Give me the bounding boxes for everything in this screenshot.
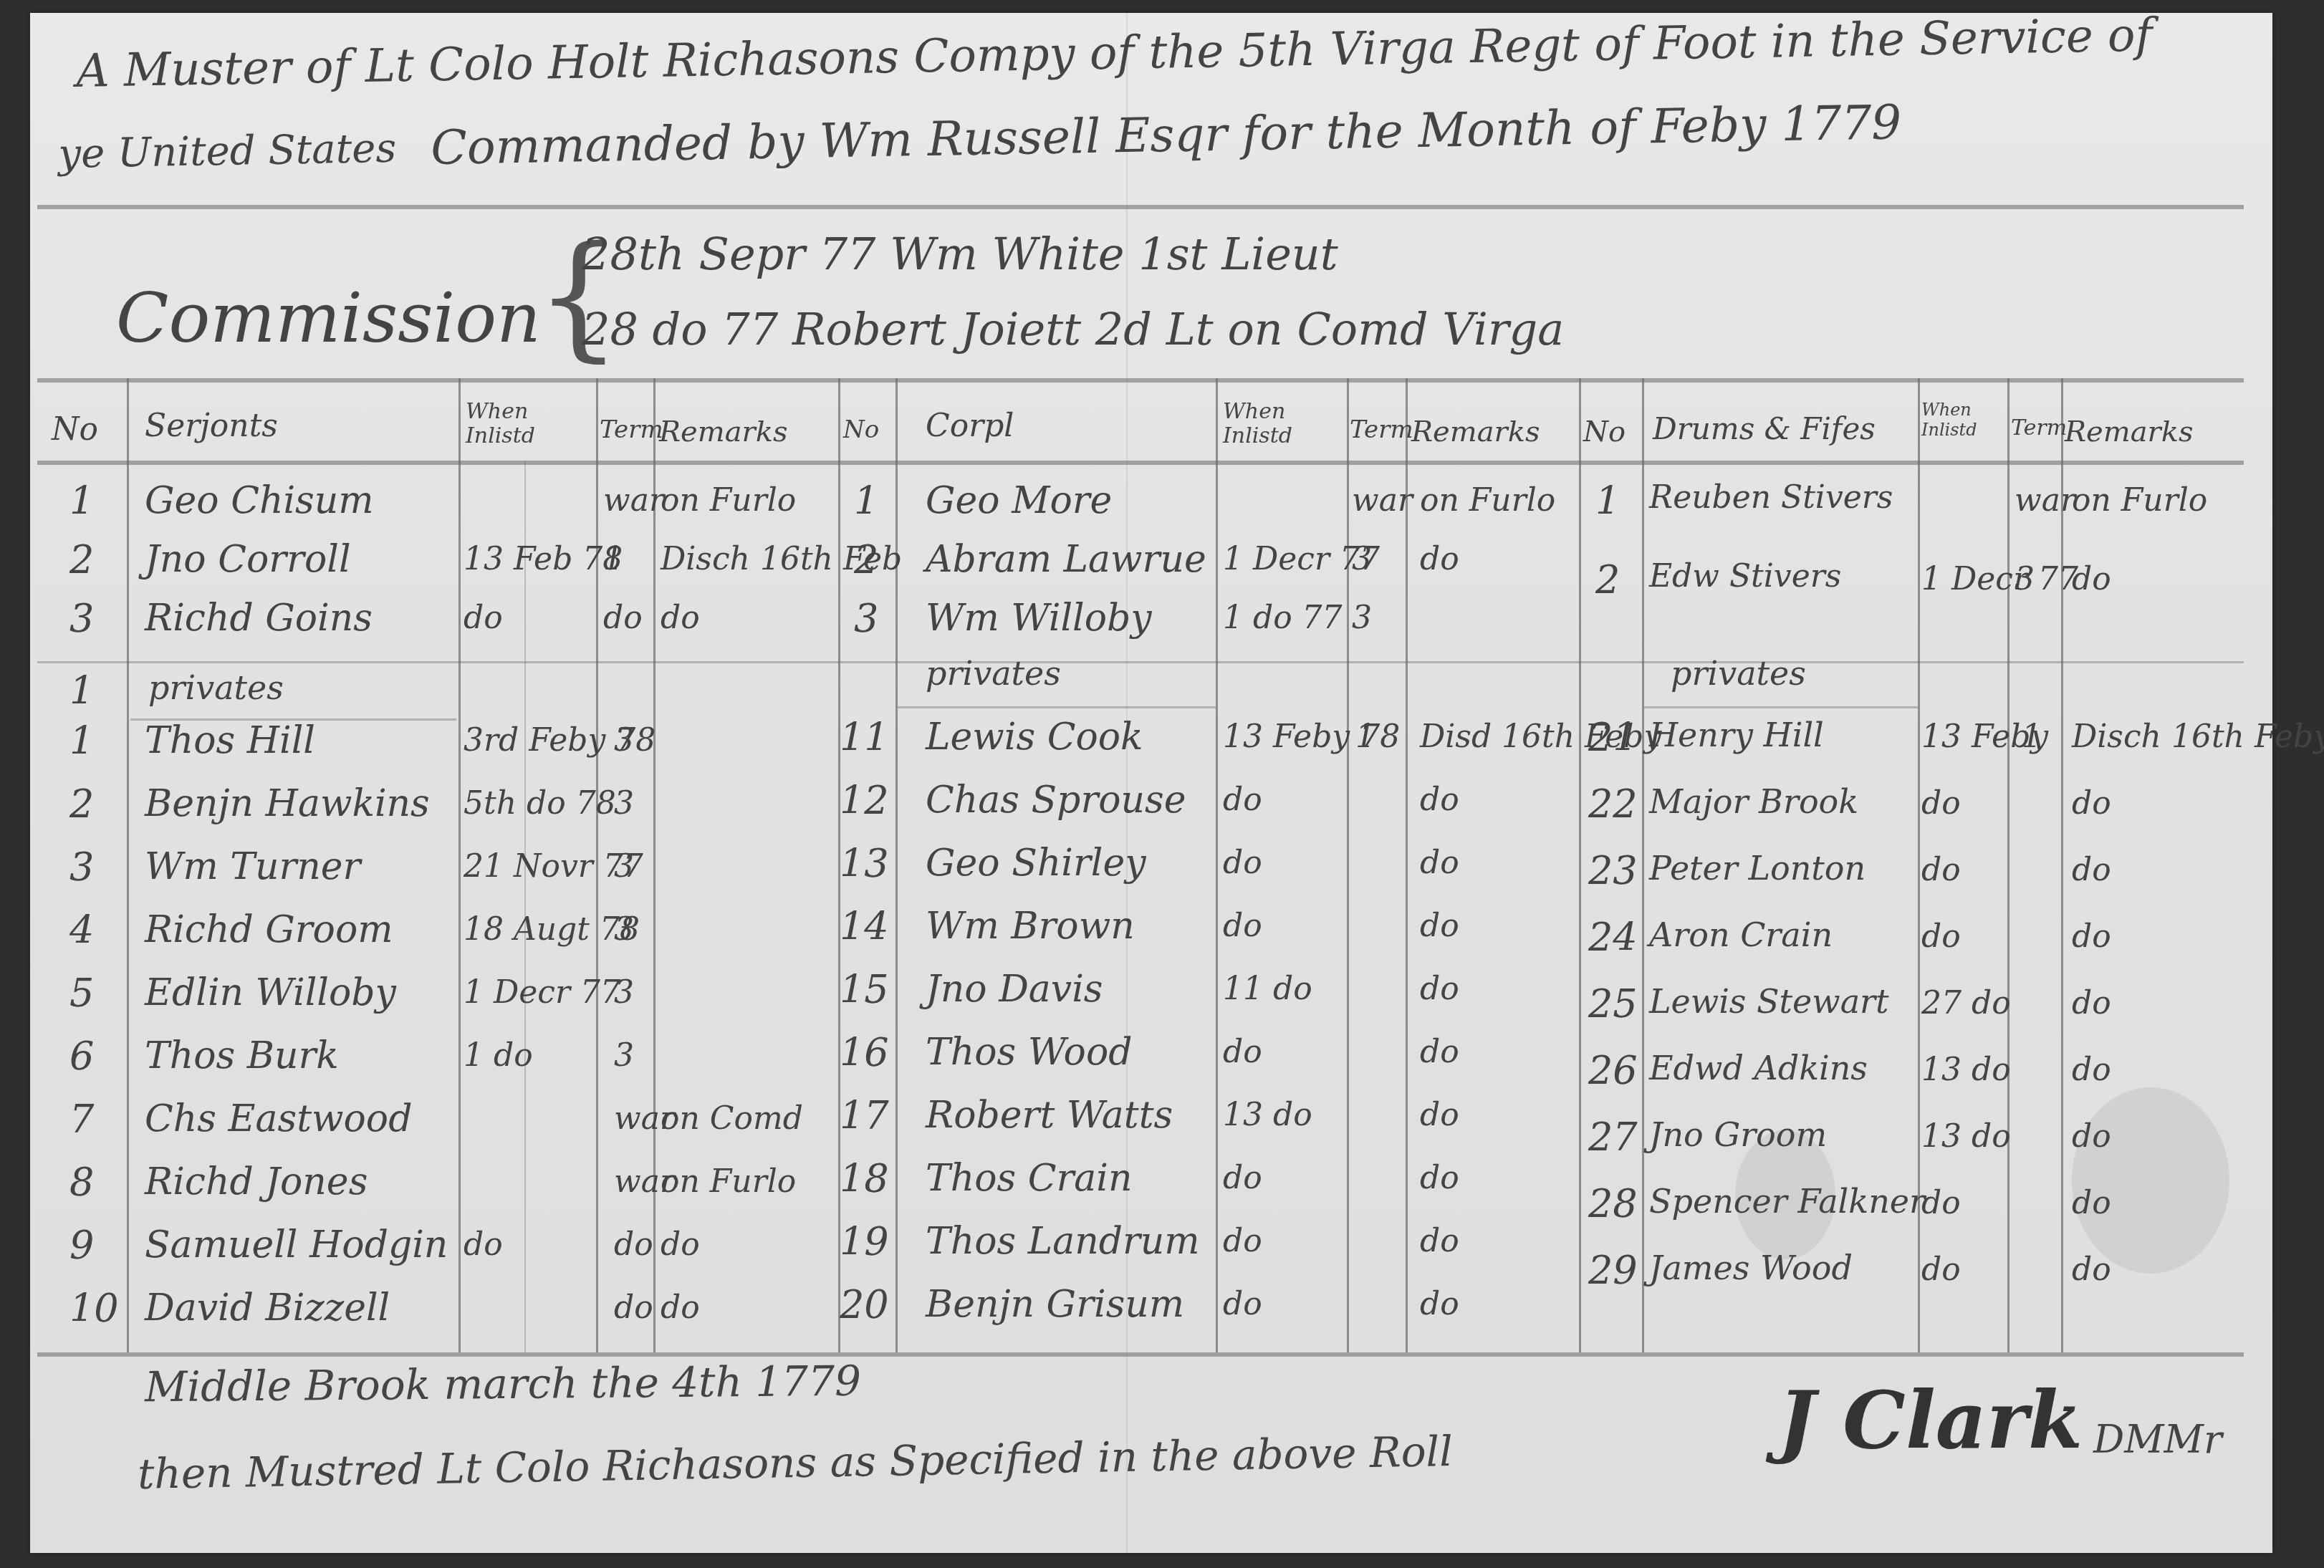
commission-entry-2: 28 do 77 Robert Joiett 2d Lt on Comd Vir… bbox=[582, 303, 1564, 355]
remarks: do bbox=[1420, 847, 1459, 879]
col-rule bbox=[1579, 378, 1581, 1352]
soldier-name: Chs Eastwood bbox=[145, 1100, 412, 1137]
term-of-service: 1 bbox=[1355, 721, 1375, 753]
term-of-service: do bbox=[603, 602, 643, 634]
remarks: do bbox=[1420, 1163, 1459, 1194]
row-number: 11 bbox=[840, 718, 889, 757]
soldier-name: Thos Wood bbox=[926, 1034, 1133, 1071]
row-number: 1 bbox=[1595, 482, 1620, 521]
remarks: on Furlo bbox=[1420, 485, 1555, 516]
soldier-name: Major Brook bbox=[1649, 785, 1858, 818]
enlisted-date: 13 Feb 78 bbox=[464, 544, 623, 575]
commission-label: Commission bbox=[116, 278, 541, 358]
enlisted-date: 1 do 77 bbox=[1223, 602, 1343, 634]
col-rule bbox=[653, 378, 656, 1352]
enlisted-date: 5th do 78 bbox=[464, 788, 616, 819]
row-number: 7 bbox=[69, 1100, 94, 1139]
header-corporals: Corpl bbox=[926, 410, 1014, 442]
enlisted-date: do bbox=[464, 602, 503, 634]
soldier-name: Wm Turner bbox=[145, 848, 360, 885]
enlisted-date: 27 do bbox=[1921, 988, 2011, 1019]
underline bbox=[1642, 706, 1918, 708]
header-rule bbox=[37, 461, 2244, 465]
soldier-name: Richd Goins bbox=[145, 600, 373, 637]
term-of-service: 1 bbox=[2022, 721, 2042, 753]
header-term: Term bbox=[600, 418, 663, 442]
term-of-service: 3 bbox=[2015, 564, 2035, 595]
col-rule bbox=[2007, 378, 2010, 1352]
soldier-name: Richd Jones bbox=[145, 1163, 368, 1201]
enlisted-date: do bbox=[1223, 784, 1262, 816]
remarks: do bbox=[2072, 1054, 2111, 1086]
row-number: 12 bbox=[840, 781, 889, 820]
col-rule bbox=[458, 378, 461, 1352]
row-number: 3 bbox=[69, 600, 94, 638]
row-number: 14 bbox=[840, 908, 889, 946]
row-number: 6 bbox=[69, 1037, 94, 1076]
remarks: on Comd bbox=[661, 1103, 803, 1135]
document-title-line-1: A Muster of Lt Colo Holt Richasons Compy… bbox=[76, 9, 2153, 98]
enlisted-date: do bbox=[464, 1229, 503, 1261]
soldier-name: Jno Corroll bbox=[145, 541, 351, 578]
soldier-name: Reuben Stivers bbox=[1649, 482, 1893, 514]
enlisted-date: do bbox=[1921, 855, 1961, 886]
rule bbox=[37, 1352, 2244, 1357]
row-number: 25 bbox=[1588, 985, 1638, 1024]
remarks: Disch 16th Feby bbox=[2072, 721, 2324, 753]
enlisted-date: do bbox=[1223, 1289, 1262, 1320]
header-drums-fifes: Drums & Fifes bbox=[1653, 414, 1876, 444]
soldier-name: Lewis Cook bbox=[926, 718, 1143, 756]
soldier-name: Chas Sprouse bbox=[926, 781, 1186, 819]
remarks: do bbox=[2072, 788, 2111, 819]
remarks: do bbox=[2072, 921, 2111, 953]
row-number: 3 bbox=[69, 848, 94, 887]
header-no: No bbox=[52, 414, 98, 446]
header-when-inlisted: When Inlistd bbox=[1223, 400, 1345, 448]
remarks: do bbox=[2072, 1188, 2111, 1219]
row-number: 13 bbox=[840, 845, 889, 883]
col-rule bbox=[1216, 378, 1218, 1352]
soldier-name: Thos Hill bbox=[145, 722, 315, 759]
term-of-service: 3 bbox=[614, 788, 634, 819]
signature-title: DMMr bbox=[2093, 1417, 2222, 1462]
remarks: do bbox=[1420, 784, 1459, 816]
remarks: do bbox=[1420, 910, 1459, 942]
remarks: do bbox=[661, 1229, 700, 1261]
enlisted-date: do bbox=[1921, 921, 1961, 953]
soldier-name: Edw Stivers bbox=[1649, 561, 1841, 592]
remarks: on Furlo bbox=[2072, 485, 2207, 516]
soldier-name: Jno Davis bbox=[926, 971, 1103, 1008]
enlisted-date: do bbox=[1223, 1036, 1262, 1068]
soldier-name: Thos Burk bbox=[145, 1037, 339, 1074]
enlisted-date: do bbox=[1223, 910, 1262, 942]
soldier-name: Benjn Hawkins bbox=[145, 785, 430, 822]
soldier-name: Wm Brown bbox=[926, 908, 1135, 945]
row-number: 9 bbox=[69, 1226, 94, 1265]
row-number: 1 bbox=[69, 722, 94, 761]
row-number: 24 bbox=[1588, 918, 1638, 957]
remarks: do bbox=[1420, 1289, 1459, 1320]
enlisted-date: 1 Decr 77 bbox=[1921, 564, 2078, 595]
muster-attestation: then Mustred Lt Colo Richasons as Specif… bbox=[138, 1427, 1454, 1499]
term-of-service: 3 bbox=[614, 725, 634, 756]
soldier-name: Edwd Adkins bbox=[1649, 1052, 1868, 1084]
section-rule bbox=[37, 661, 2244, 663]
enlisted-date: 13 do bbox=[1921, 1121, 2011, 1153]
soldier-name: Spencer Falkner bbox=[1649, 1185, 1925, 1218]
row-number: 1 bbox=[69, 482, 94, 521]
remarks: do bbox=[2072, 855, 2111, 886]
rule bbox=[37, 378, 2244, 383]
term-of-service: 3 bbox=[614, 1040, 634, 1072]
col-rule bbox=[895, 378, 898, 1352]
row-number: 2 bbox=[1595, 561, 1620, 600]
soldier-name: Geo Chisum bbox=[145, 482, 374, 519]
col-rule bbox=[1347, 378, 1349, 1352]
col-rule bbox=[127, 378, 129, 1352]
privates-label: privates bbox=[1671, 654, 1806, 693]
soldier-name: Henry Hill bbox=[1649, 718, 1824, 751]
header-term: Term bbox=[1350, 418, 1413, 442]
row-number: 18 bbox=[840, 1160, 889, 1198]
term-of-service: war bbox=[2015, 485, 2075, 516]
header-no: No bbox=[843, 418, 879, 442]
remarks: do bbox=[2072, 1121, 2111, 1153]
remarks: on Furlo bbox=[661, 485, 796, 516]
row-number: 29 bbox=[1588, 1251, 1638, 1290]
remarks: do bbox=[1420, 1100, 1459, 1131]
row-number: 19 bbox=[840, 1223, 889, 1261]
col-rule bbox=[1406, 378, 1408, 1352]
enlisted-date: do bbox=[1223, 1226, 1262, 1257]
enlisted-date: 13 do bbox=[1921, 1054, 2011, 1086]
soldier-name: Lewis Stewart bbox=[1649, 985, 1889, 1018]
enlisted-date: 13 do bbox=[1223, 1100, 1312, 1131]
soldier-name: Geo Shirley bbox=[926, 845, 1146, 882]
header-term: Term bbox=[2011, 418, 2067, 439]
soldier-name: James Wood bbox=[1649, 1251, 1853, 1284]
remarks: do bbox=[661, 1292, 700, 1324]
remarks: do bbox=[1420, 544, 1459, 575]
header-no: No bbox=[1583, 418, 1626, 446]
row-number: 22 bbox=[1588, 785, 1638, 824]
remarks: do bbox=[1420, 973, 1459, 1005]
underline bbox=[897, 706, 1216, 708]
remarks: do bbox=[661, 602, 700, 634]
row-number: 10 bbox=[69, 1289, 119, 1328]
document-title-line-2b: Commanded by Wm Russell Esqr for the Mon… bbox=[431, 95, 1902, 175]
header-when-inlisted: When Inlistd bbox=[466, 400, 595, 448]
soldier-name: Wm Willoby bbox=[926, 600, 1152, 637]
remarks: do bbox=[2072, 564, 2111, 595]
row-number: 3 bbox=[854, 600, 878, 638]
row-number: 8 bbox=[69, 1163, 94, 1202]
term-of-service: 3 bbox=[614, 914, 634, 946]
term-of-service: 1 bbox=[603, 544, 623, 575]
privates-label: privates bbox=[148, 668, 284, 707]
term-of-service: 3 bbox=[614, 851, 634, 882]
muster-place-date: Middle Brook march the 4th 1779 bbox=[145, 1357, 861, 1412]
enlisted-date: do bbox=[1223, 1163, 1262, 1194]
row-number: 26 bbox=[1588, 1052, 1638, 1090]
soldier-name: Samuell Hodgin bbox=[145, 1226, 448, 1264]
header-remarks: Remarks bbox=[1411, 418, 1540, 446]
row-number: 15 bbox=[840, 971, 889, 1009]
header-remarks: Remarks bbox=[659, 418, 787, 446]
col-rule bbox=[1642, 378, 1644, 1352]
soldier-name: David Bizzell bbox=[145, 1289, 390, 1327]
soldier-name: Edlin Willoby bbox=[145, 974, 396, 1011]
remarks: do bbox=[2072, 988, 2111, 1019]
row-number: 23 bbox=[1588, 852, 1638, 890]
row-number: 21 bbox=[1588, 718, 1638, 757]
privates-label: privates bbox=[926, 654, 1061, 693]
soldier-name: Robert Watts bbox=[926, 1097, 1173, 1134]
row-number: 20 bbox=[840, 1286, 889, 1324]
soldier-name: Abram Lawrue bbox=[926, 541, 1206, 578]
document-title-line-2a: ye United States bbox=[58, 125, 397, 178]
row-number: 2 bbox=[854, 541, 878, 579]
term-of-service: do bbox=[614, 1292, 653, 1324]
soldier-name: Benjn Grisum bbox=[926, 1286, 1184, 1323]
commission-entry-1: 28th Sepr 77 Wm White 1st Lieut bbox=[582, 228, 1338, 280]
rule bbox=[37, 205, 2244, 209]
enlisted-date: do bbox=[1921, 1254, 1961, 1286]
term-of-service: 3 bbox=[1352, 602, 1372, 634]
col-rule bbox=[524, 461, 526, 1352]
row-number: 28 bbox=[1588, 1185, 1638, 1223]
header-sergeants: Serjonts bbox=[145, 410, 278, 442]
enlisted-date: do bbox=[1921, 1188, 1961, 1219]
enlisted-date: do bbox=[1921, 788, 1961, 819]
row-number: 17 bbox=[840, 1097, 889, 1135]
soldier-name: Aron Crain bbox=[1649, 918, 1833, 951]
term-of-service: 3 bbox=[1352, 544, 1372, 575]
row-number: 1 bbox=[854, 482, 878, 521]
enlisted-date: do bbox=[1223, 847, 1262, 879]
row-number: 2 bbox=[69, 541, 94, 579]
row-number: 5 bbox=[69, 974, 94, 1013]
soldier-name: Peter Lonton bbox=[1649, 852, 1866, 885]
soldier-name: Thos Landrum bbox=[926, 1223, 1200, 1260]
row-number: 2 bbox=[69, 785, 94, 824]
enlisted-date: 1 do bbox=[464, 1040, 533, 1072]
soldier-name: Thos Crain bbox=[926, 1160, 1132, 1197]
enlisted-date: 11 do bbox=[1223, 973, 1312, 1005]
water-stain bbox=[2072, 1087, 2229, 1274]
header-when-inlisted: When Inlistd bbox=[1921, 400, 2004, 440]
soldier-name: Richd Groom bbox=[145, 911, 393, 948]
soldier-name: Jno Groom bbox=[1649, 1118, 1827, 1151]
signature: J Clark bbox=[1778, 1374, 2083, 1466]
enlisted-date: 1 Decr 77 bbox=[464, 977, 620, 1009]
remarks: do bbox=[1420, 1226, 1459, 1257]
row-number: 16 bbox=[840, 1034, 889, 1072]
remarks: do bbox=[1420, 1036, 1459, 1068]
row-number: 27 bbox=[1588, 1118, 1638, 1157]
term-of-service: war bbox=[603, 485, 664, 516]
remarks: on Furlo bbox=[661, 1166, 796, 1198]
term-of-service: war bbox=[1352, 485, 1413, 516]
term-of-service: do bbox=[614, 1229, 653, 1261]
term-of-service: 3 bbox=[614, 977, 634, 1009]
header-remarks: Remarks bbox=[2065, 418, 2193, 446]
muster-roll-sheet: A Muster of Lt Colo Holt Richasons Compy… bbox=[30, 13, 2272, 1553]
col-rule bbox=[2061, 378, 2063, 1352]
remarks: do bbox=[2072, 1254, 2111, 1286]
privates-index-marker: 1 bbox=[69, 672, 94, 711]
soldier-name: Geo More bbox=[926, 482, 1112, 519]
row-number: 4 bbox=[69, 911, 94, 950]
